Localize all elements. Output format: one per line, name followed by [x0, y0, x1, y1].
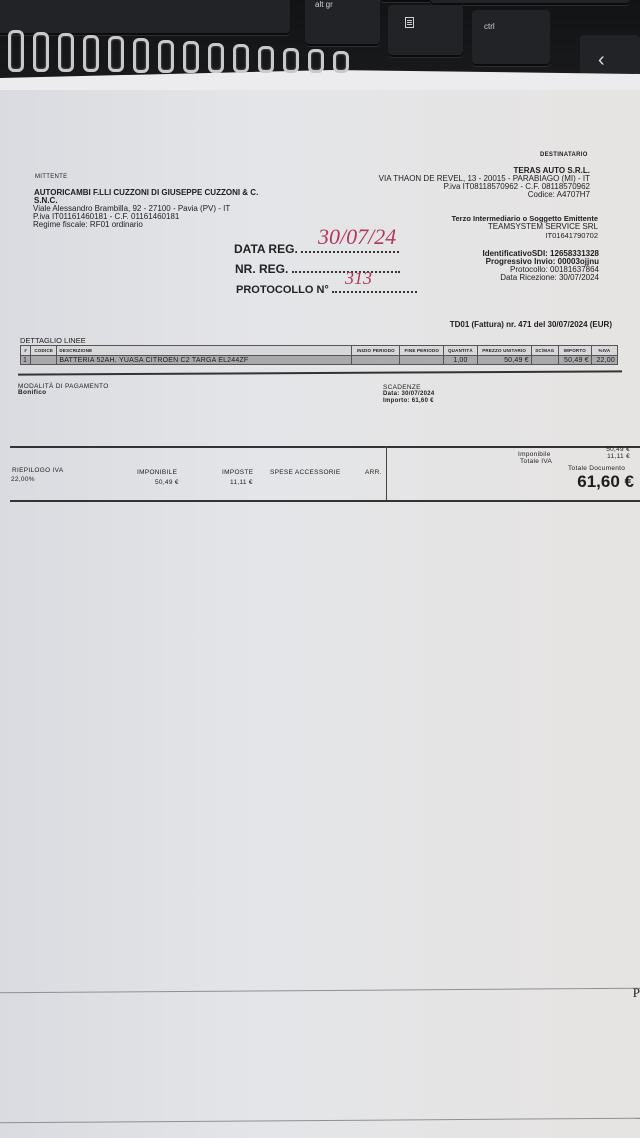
totals-taxable-value: 50,49 €: [606, 446, 630, 453]
column-header: CODICE: [31, 346, 57, 356]
totals-vat-value: 11,11 €: [607, 453, 630, 460]
stamp-nr-reg: NR. REG.: [235, 262, 400, 276]
document-title: TD01 (Fattura) nr. 471 del 30/07/2024 (E…: [450, 320, 612, 329]
column-header: IMPORTO: [558, 346, 591, 356]
cell-amount: 50,49 €: [558, 356, 591, 365]
spiral-ring: [333, 51, 349, 74]
intermediary-vat: IT01641790702: [545, 231, 598, 240]
spiral-ring: [83, 35, 99, 73]
tax-value: 11,11 €: [230, 479, 253, 486]
table-row: 1BATTERIA 52AH. YUASA CITROEN C2 TARGA E…: [21, 356, 618, 365]
spiral-ring: [258, 46, 274, 73]
cell-discount: [531, 356, 558, 365]
rounding-label: ARR.: [365, 469, 382, 476]
vat-rate: 22,00%: [11, 476, 35, 483]
due-amount: Importo: 61,60 €: [383, 398, 434, 404]
sender-name: AUTORICAMBI F.LLI CUZZONI DI GIUSEPPE CU…: [34, 188, 258, 197]
payment-method: Bonifico: [18, 389, 46, 396]
menu-icon: [405, 17, 414, 28]
cell-end: [400, 356, 444, 365]
cell-qty: 1,00: [444, 356, 477, 365]
total-document-label: Totale Documento: [568, 465, 625, 472]
column-header: INIZIO PERIODO: [352, 346, 400, 356]
vat-summary-label: RIEPILOGO IVA: [12, 467, 63, 474]
cell-start: [352, 356, 400, 365]
cell-code: [31, 356, 57, 365]
divider: [10, 500, 640, 502]
spiral-ring: [308, 49, 324, 73]
column-header: FINE PERIODO: [400, 346, 444, 356]
due-label: SCADENZE: [383, 384, 421, 391]
sender-label: MITTENTE: [35, 174, 67, 180]
page-edge-letter: P: [633, 985, 640, 1001]
spiral-binding: [0, 30, 360, 80]
nr-reg-label: NR. REG.: [235, 262, 288, 276]
spiral-ring: [108, 36, 124, 72]
totals-vat-label: Totale IVA: [520, 458, 552, 465]
key-label: ctrl: [484, 22, 495, 31]
lines-table: #CODICEDESCRIZIONEINIZIO PERIODOFINE PER…: [20, 345, 618, 365]
sender-tax-regime: Regime fiscale: RF01 ordinario: [33, 220, 143, 229]
column-header: #: [21, 346, 31, 356]
taxable-value: 50,49 €: [155, 479, 179, 486]
sdi-received: Data Ricezione: 30/07/2024: [500, 273, 599, 282]
recipient-label: DESTINATARIO: [540, 152, 588, 158]
recipient-code: Codice: A4707H7: [528, 190, 590, 199]
taxable-label: IMPONIBILE: [137, 469, 177, 476]
protocollo-label: PROTOCOLLO N°: [236, 284, 329, 296]
chevron-left-icon: ‹: [598, 49, 605, 72]
data-reg-label: DATA REG.: [234, 242, 298, 256]
spiral-ring: [133, 38, 149, 73]
spiral-ring: [283, 48, 299, 74]
spiral-ring: [183, 41, 199, 73]
cell-vat: 22,00: [591, 356, 617, 365]
cell-unit-price: 50,49 €: [477, 356, 531, 365]
spiral-ring: [58, 33, 74, 72]
due-date: Data: 30/07/2024: [383, 391, 435, 397]
spiral-ring: [158, 40, 174, 73]
spiral-ring: [208, 43, 224, 73]
extra-costs-label: SPESE ACCESSORIE: [270, 469, 341, 476]
key-label: alt gr: [315, 0, 333, 9]
column-header: QUANTITÀ: [444, 346, 477, 356]
data-reg-handwritten: 30/07/24: [318, 224, 396, 250]
spiral-ring: [233, 44, 249, 73]
spiral-ring: [33, 32, 49, 73]
column-header: PREZZO UNITARIO: [477, 346, 531, 356]
keyboard-key-ctrl: ctrl: [472, 10, 550, 66]
lines-label: DETTAGLIO LINEE: [20, 336, 86, 345]
intermediary-name: TEAMSYSTEM SERVICE SRL: [488, 222, 598, 231]
column-header: DESCRIZIONE: [57, 346, 352, 356]
column-header: SC/MAG: [531, 346, 558, 356]
cell-n: 1: [21, 356, 31, 365]
spiral-ring: [8, 30, 24, 72]
cell-description: BATTERIA 52AH. YUASA CITROEN C2 TARGA EL…: [57, 356, 352, 365]
column-header: %IVA: [591, 346, 617, 356]
stamp-protocollo: PROTOCOLLO N°: [236, 283, 417, 296]
tax-label: IMPOSTE: [222, 469, 253, 476]
protocollo-handwritten: 313: [345, 268, 372, 289]
totals-taxable-label: Imponibile: [518, 451, 551, 458]
keyboard-key-menu: [388, 5, 463, 57]
total-document-value: 61,60 €: [577, 472, 634, 492]
